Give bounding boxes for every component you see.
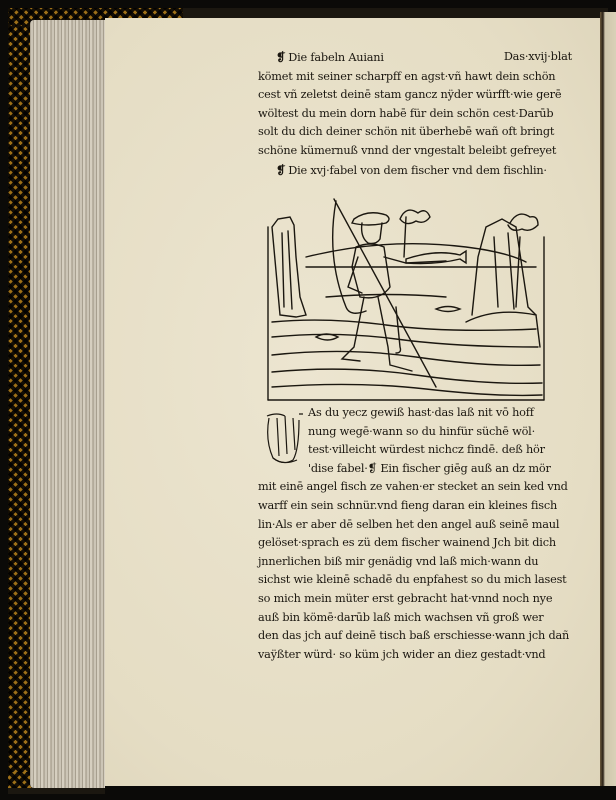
- page-edges: [30, 20, 105, 788]
- text-line: gelöset·sprach es zü dem fischer wainend…: [258, 534, 578, 553]
- decorated-initial-w-icon: [263, 410, 305, 466]
- text-line: 'dise fabel·❡ Ein fischer giēg auß an dz…: [258, 460, 578, 479]
- pilcrow-icon: ❡: [276, 163, 285, 177]
- text-line: As du yecz gewiß hast·das laß nit vō hof…: [258, 404, 578, 423]
- text-line: wöltest du mein dorn habē für dein schön…: [258, 105, 578, 124]
- text-line: mit einē angel fisch ze vahen·er stecket…: [258, 478, 578, 497]
- text-line: schöne kümernuß vnnd der vngestalt belei…: [258, 142, 578, 161]
- text-line: lin·Als er aber dē selben het den angel …: [258, 516, 578, 535]
- text-line: warff ein sein schnür.vnd fieng daran ei…: [258, 497, 578, 516]
- running-head: ❡Die fabeln Auiani Das·xvij·blat: [258, 48, 578, 68]
- text-line: nung wegē·wann so du hinfür süchē wöl·: [258, 423, 578, 442]
- text-line: jnnerlichen biß mir genädig vnd laß mich…: [258, 553, 578, 572]
- fable-heading: ❡Die xvj·fabel von dem fischer vnd dem f…: [258, 161, 578, 181]
- text-line: cest vñ zeletst deinē stam gancz nÿder w…: [258, 86, 578, 105]
- running-head-title: Die fabeln Auiani: [288, 51, 384, 64]
- text-line: sichst wie kleinē schadē du enpfahest so…: [258, 571, 578, 590]
- text-line: auß bin kömē·darūb laß mich wachsen vñ g…: [258, 609, 578, 628]
- text-line: vaÿßter würd· so küm jch wider an diez g…: [258, 646, 578, 665]
- book-gutter: [600, 12, 616, 792]
- running-head-title-group: ❡Die fabeln Auiani: [276, 48, 384, 68]
- fable-story: As du yecz gewiß hast·das laß nit vō hof…: [258, 404, 578, 664]
- bottom-shadow: [105, 786, 616, 800]
- pilcrow-icon: ❡: [276, 50, 285, 64]
- text-line: so mich mein müter erst gebracht hat·vnn…: [258, 590, 578, 609]
- text-line: den das jch auf deinē tisch baß erschies…: [258, 627, 578, 646]
- text-line: kömet mit seiner scharpff en agst·vñ haw…: [258, 68, 578, 87]
- fable-heading-text: Die xvj·fabel von dem fischer vnd dem fi…: [288, 164, 547, 177]
- text-line: solt du dich deiner schön nit überhebē w…: [258, 123, 578, 142]
- text-line: test·villeicht würdest nichcz findē. deß…: [258, 441, 578, 460]
- upper-text-block: ❡Die fabeln Auiani Das·xvij·blat kömet m…: [258, 48, 578, 180]
- fisherman-woodcut: [266, 197, 546, 404]
- folio-number: Das·xvij·blat: [504, 48, 572, 68]
